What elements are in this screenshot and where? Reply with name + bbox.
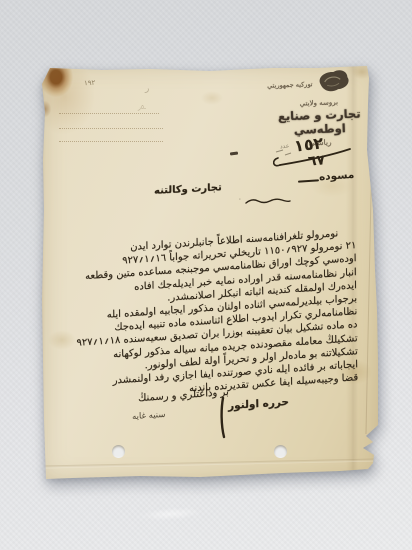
bottom-fold-crease: [42, 458, 380, 468]
ink-speck: [230, 151, 238, 155]
draft-label: مسوده: [319, 169, 355, 183]
faint-ink-mark: ر: [145, 84, 149, 94]
form-dotted-line: [59, 112, 159, 114]
faint-scribble: ـ٥ر: [138, 104, 146, 111]
form-dotted-line: [59, 127, 163, 129]
punch-hole-left: [112, 445, 125, 458]
salutation-line: تجارت وكالتنه: [154, 182, 222, 197]
punch-hole-right: [274, 445, 287, 458]
surface-scuff: [140, 506, 203, 522]
signature-flourish-stroke: [218, 397, 228, 443]
signature: حرره اولنور: [228, 396, 289, 412]
draft-dash-stroke: [298, 179, 319, 182]
form-dotted-line: [59, 140, 163, 142]
photo-background: ١٩٢ ر ـ٥ر توركيه جمهوريتي برو: [0, 0, 412, 550]
postscript-note: سنيه غايه: [132, 410, 166, 422]
salutation-dot-mark: ٠: [238, 195, 242, 203]
paper-shadow-wrap: ١٩٢ ر ـ٥ر توركيه جمهوريتي برو: [42, 64, 380, 482]
right-edge-crease: [365, 98, 373, 434]
document-paper: ١٩٢ ر ـ٥ر توركيه جمهوريتي برو: [42, 64, 380, 482]
pencil-number-note: ١٩٢: [84, 79, 96, 88]
letterhead-top-row: توركيه جمهوريتي: [267, 67, 370, 101]
ink-seal-icon: [314, 68, 353, 99]
reference-number-bottom: ٦٧: [307, 152, 325, 169]
handwritten-body: نومرولو تلغرافنامه‌سنه اطلاعاً جانبلرندن…: [49, 226, 359, 405]
letterhead-line-1: توركيه جمهوريتي: [267, 80, 313, 90]
salutation-squiggle: [245, 191, 291, 210]
